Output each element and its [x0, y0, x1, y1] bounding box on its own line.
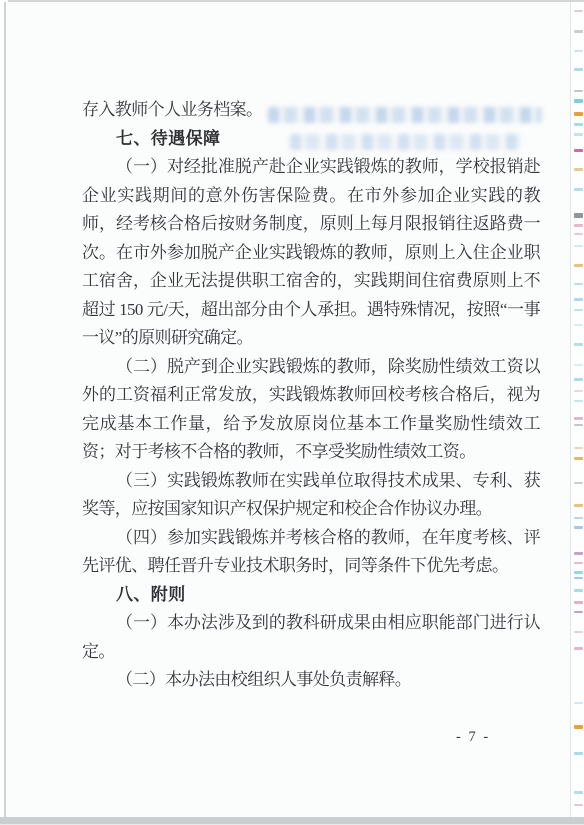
page-stack-mark — [574, 112, 583, 116]
paragraph-7-2: （二）脱产到企业实践锻炼的教师，除奖励性绩效工资以外的工资福利正常发放，实践锻炼… — [82, 353, 540, 467]
page-stack-mark — [574, 631, 583, 633]
page-stack-mark — [574, 457, 583, 460]
page-stack-mark — [574, 264, 583, 267]
page-stack-mark — [574, 791, 583, 794]
section-heading-8: 八、附则 — [82, 581, 540, 610]
page-stack-mark — [574, 417, 583, 420]
page-stack-mark — [574, 343, 583, 346]
page-stack-mark — [574, 611, 583, 613]
page-stack-mark — [574, 482, 583, 484]
page-stack-mark — [574, 309, 583, 311]
paragraph-continuation: 存入教师个人业务档案。 — [82, 96, 540, 125]
page-stack-mark — [574, 364, 583, 366]
page-stack-mark — [574, 68, 583, 71]
page-stack-mark — [574, 50, 583, 52]
page-stack-mark — [574, 233, 583, 235]
page-stack-mark — [574, 10, 583, 12]
page-stack-mark — [574, 562, 583, 564]
page-bottom-edge — [0, 817, 584, 824]
page-stack-mark — [574, 571, 583, 574]
page-stack-mark — [574, 601, 583, 604]
page-stack-mark — [574, 424, 583, 426]
page-stack-mark — [574, 504, 583, 507]
paragraph-8-2: （二）本办法由校组织人事处负责解释。 — [82, 666, 540, 695]
paragraph-7-3: （三）实践锻炼教师在实践单位取得技术成果、专利、获奖等，应按国家知识产权保护规定… — [82, 467, 540, 524]
paragraph-7-1: （一）对经批准脱产赴企业实践锻炼的教师，学校报销赴企业实践期间的意外伤害保险费。… — [82, 153, 540, 353]
section-heading-7: 七、待遇保障 — [82, 125, 540, 154]
page-stack-mark — [574, 149, 583, 152]
page-stack-mark — [574, 447, 583, 449]
page-top-edge — [8, 0, 584, 2]
page-stack-mark — [574, 30, 583, 33]
page-stack-mark — [574, 283, 583, 285]
page-stack-mark — [574, 752, 583, 755]
page-stack-mark — [574, 577, 583, 579]
document-body: 存入教师个人业务档案。 七、待遇保障 （一）对经批准脱产赴企业实践锻炼的教师，学… — [82, 96, 540, 695]
page-stack-mark — [574, 589, 583, 592]
page-stack-mark — [574, 123, 583, 126]
page-stack-mark — [574, 224, 583, 227]
page-stack-mark — [574, 378, 583, 381]
page-stack-mark — [574, 647, 583, 650]
page-stack-mark — [574, 133, 583, 136]
paragraph-7-4: （四）参加实践锻炼并考核合格的教师，在年度考核、评先评优、聘任晋升专业技术职务时… — [82, 524, 540, 581]
page-stack-mark — [574, 400, 583, 402]
paragraph-8-1: （一）本办法涉及到的教科研成果由相应职能部门进行认定。 — [82, 609, 540, 666]
page-stack-mark — [574, 702, 583, 704]
page-stack-mark — [574, 298, 583, 301]
page-stack-edge — [570, 2, 584, 817]
page-stack-mark — [574, 390, 583, 392]
page-stack-mark — [574, 804, 583, 806]
page-stack-edge-line — [570, 2, 571, 817]
page-stack-mark — [574, 99, 583, 103]
page-stack-mark — [574, 517, 583, 519]
page-stack-mark — [574, 552, 583, 555]
page-stack-mark — [574, 526, 583, 529]
page-number: - 7 - — [456, 729, 490, 746]
page-left-edge — [4, 2, 6, 817]
page-stack-mark — [574, 725, 583, 729]
page-stack-mark — [574, 90, 583, 92]
page-stack-mark — [574, 213, 583, 218]
page-stack-mark — [574, 324, 583, 326]
page-stack-mark — [574, 168, 583, 171]
page-stack-mark — [574, 245, 583, 247]
page-stack-mark — [574, 188, 583, 191]
scanned-page: 存入教师个人业务档案。 七、待遇保障 （一）对经批准脱产赴企业实践锻炼的教师，学… — [0, 0, 584, 825]
